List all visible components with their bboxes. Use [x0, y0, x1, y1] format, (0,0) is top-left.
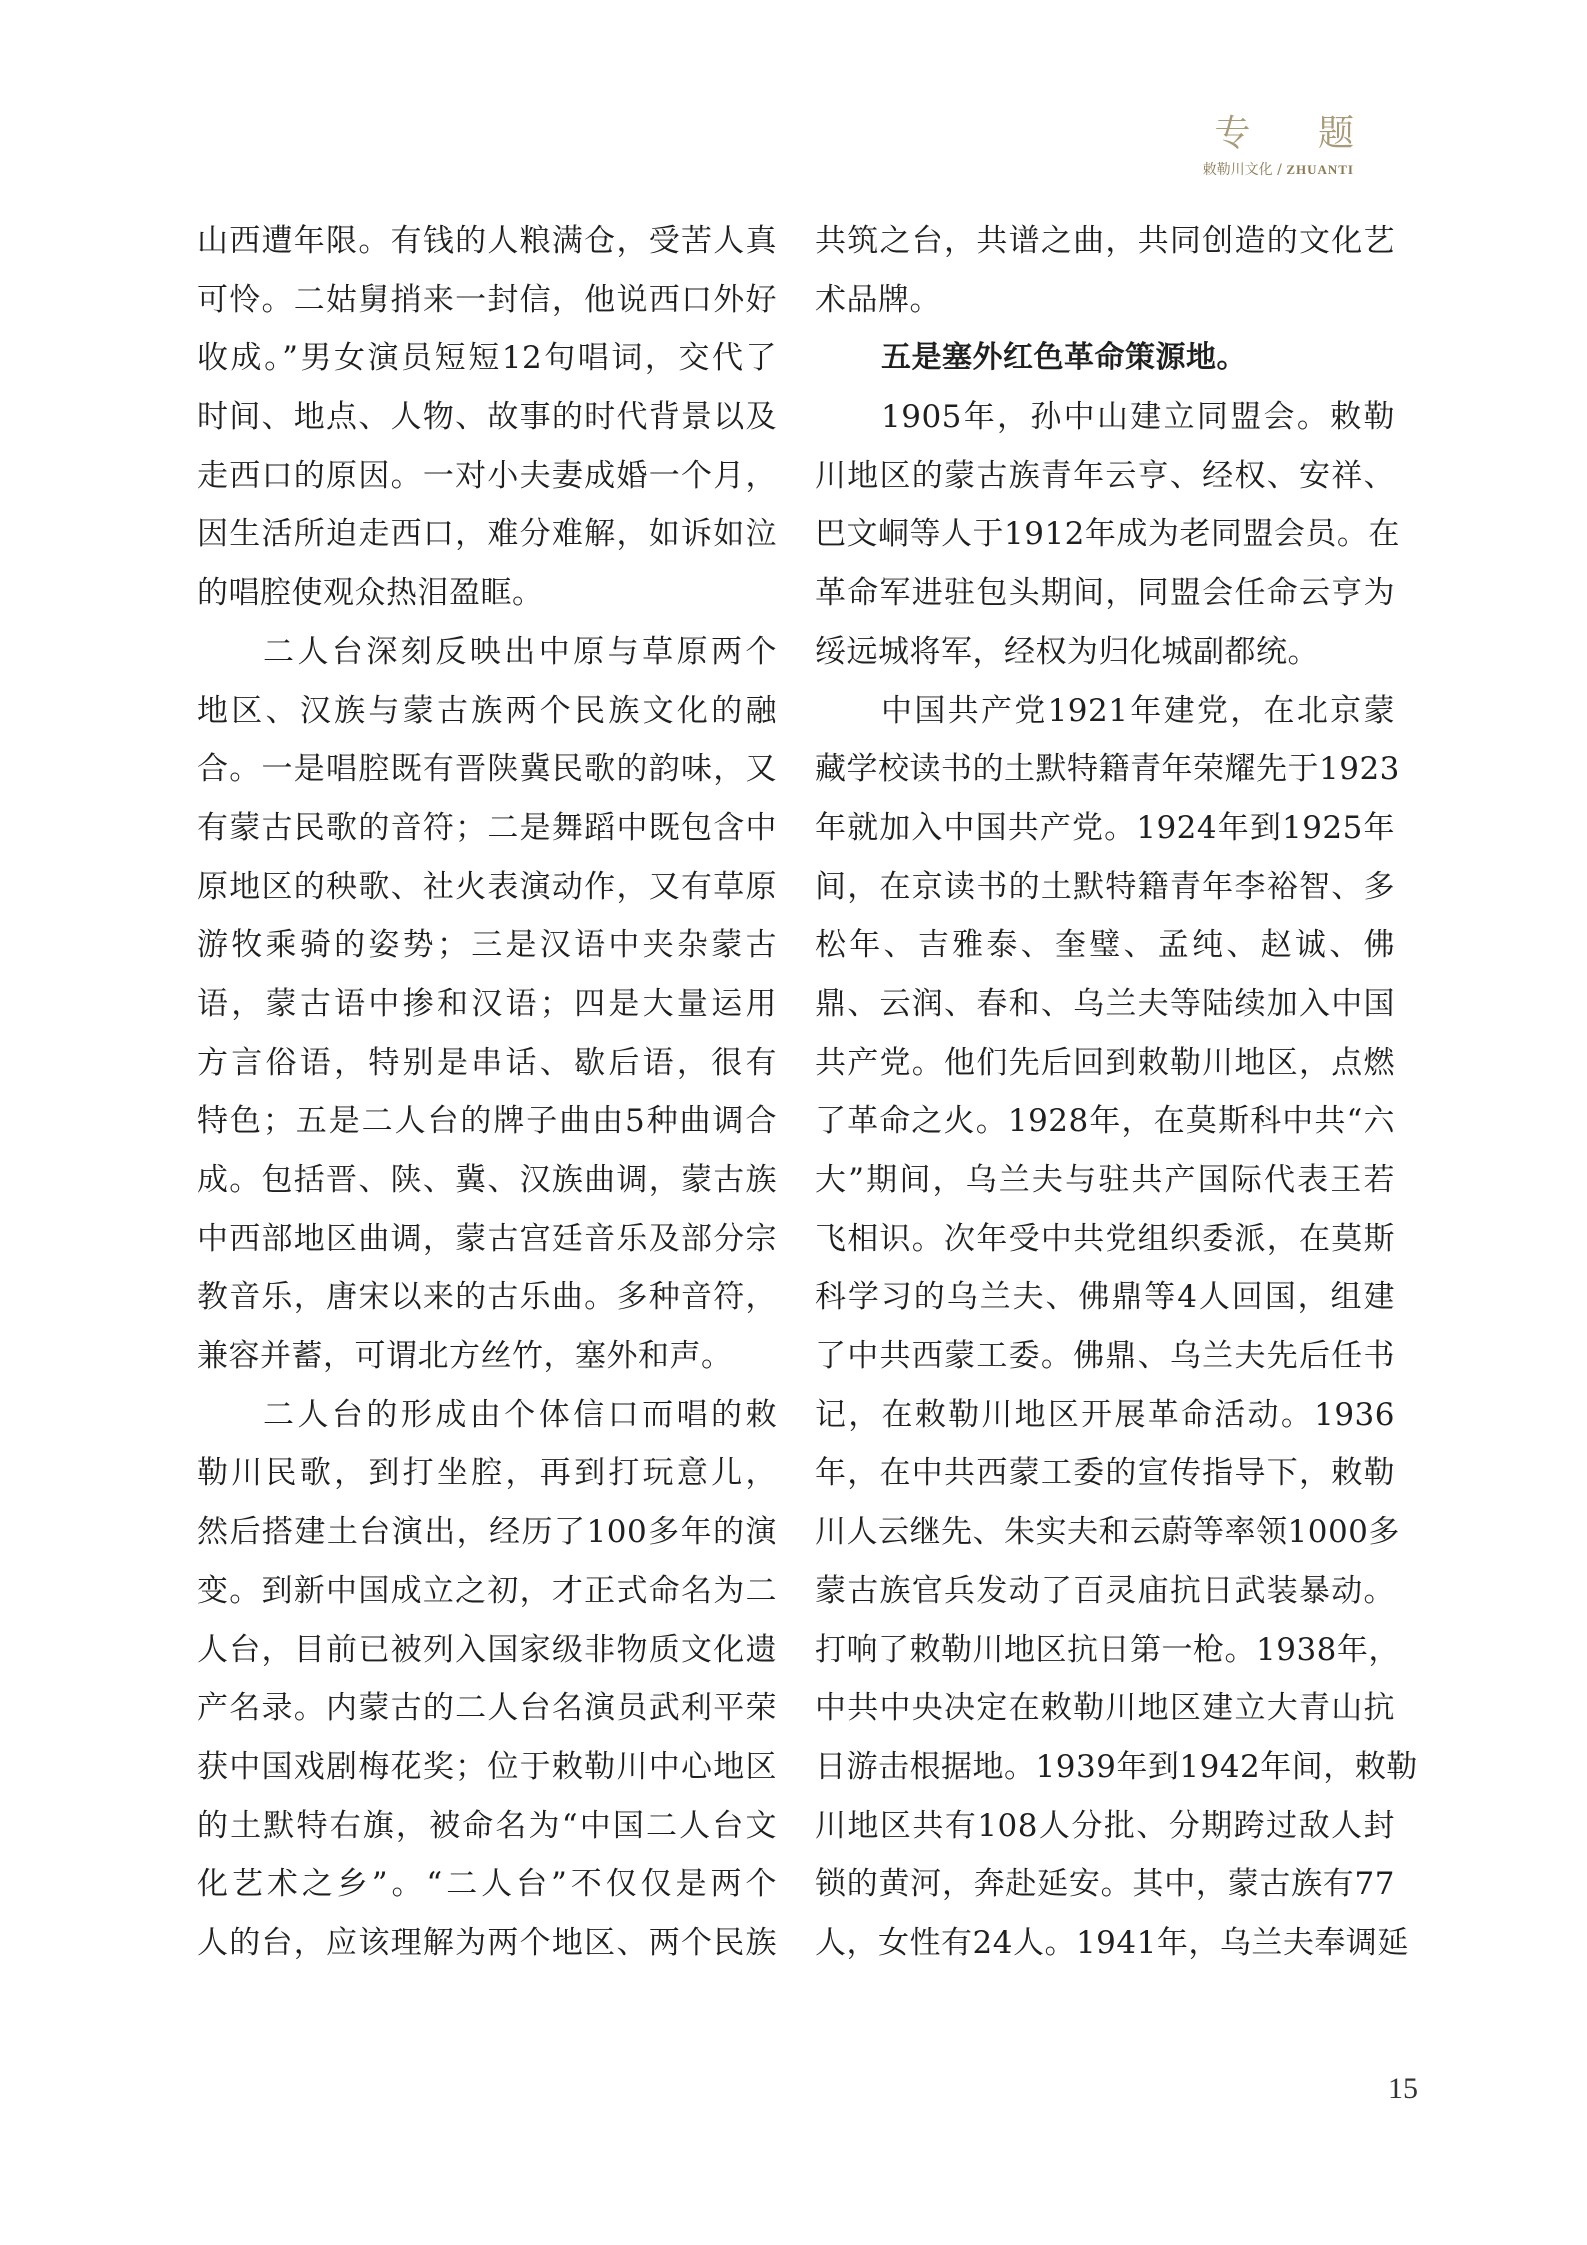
text-line: 打响了敕勒川地区抗日第一枪。1938年，: [815, 1621, 1395, 1680]
text-line: 成。包括晋、陕、冀、汉族曲调，蒙古族: [197, 1151, 777, 1210]
text-line: 勒川民歌，到打坐腔，再到打玩意儿，: [197, 1444, 777, 1503]
text-line: 蒙古族官兵发动了百灵庙抗日武装暴动。: [815, 1562, 1395, 1621]
text-line: 年，在中共西蒙工委的宣传指导下，敕勒: [815, 1444, 1395, 1503]
subtitle-cn: 敕勒川文化: [1203, 162, 1273, 178]
text-line: 革命军进驻包头期间，同盟会任命云亨为: [815, 564, 1395, 623]
text-line: 产名录。内蒙古的二人台名演员武利平荣: [197, 1679, 777, 1738]
right-text-column: 共筑之台，共谱之曲，共同创造的文化艺术品牌。五是塞外红色革命策源地。1905年，…: [815, 212, 1395, 1973]
text-line: 人的台，应该理解为两个地区、两个民族: [197, 1914, 777, 1973]
text-line: 教音乐，唐宋以来的古乐曲。多种音符，: [197, 1268, 777, 1327]
text-line: 间，在京读书的土默特籍青年李裕智、多: [815, 858, 1395, 917]
text-line: 语，蒙古语中掺和汉语；四是大量运用: [197, 975, 777, 1034]
text-line: 人台，目前已被列入国家级非物质文化遗: [197, 1621, 777, 1680]
text-line: 时间、地点、人物、故事的时代背景以及: [197, 388, 777, 447]
text-line: 山西遭年限。有钱的人粮满仓，受苦人真: [197, 212, 777, 271]
text-line: 化艺术之乡”。“二人台”不仅仅是两个: [197, 1855, 777, 1914]
text-line: 飞相识。次年受中共党组织委派，在莫斯: [815, 1210, 1395, 1269]
text-line: 1905年，孙中山建立同盟会。敕勒: [815, 388, 1395, 447]
text-line: 原地区的秧歌、社火表演动作，又有草原: [197, 858, 777, 917]
text-line: 川地区共有108人分批、分期跨过敌人封: [815, 1797, 1395, 1856]
text-line: 然后搭建土台演出，经历了100多年的演: [197, 1503, 777, 1562]
text-line: 可怜。二姑舅捎来一封信，他说西口外好: [197, 271, 777, 330]
text-line: 术品牌。: [815, 271, 1395, 330]
text-line: 兼容并蓄，可谓北方丝竹，塞外和声。: [197, 1327, 777, 1386]
section-header: 专 题 敕勒川文化 / ZHUANTI: [1203, 112, 1354, 180]
section-title: 专 题: [1203, 112, 1382, 156]
text-line: 中共中央决定在敕勒川地区建立大青山抗: [815, 1679, 1395, 1738]
text-line: 变。到新中国成立之初，才正式命名为二: [197, 1562, 777, 1621]
text-line: 科学习的乌兰夫、佛鼎等4人回国，组建: [815, 1268, 1395, 1327]
text-line: 人，女性有24人。1941年，乌兰夫奉调延: [815, 1914, 1395, 1973]
text-line: 大”期间，乌兰夫与驻共产国际代表王若: [815, 1151, 1395, 1210]
text-line: 巴文峒等人于1912年成为老同盟会员。在: [815, 505, 1395, 564]
text-line: 绥远城将军，经权为归化城副都统。: [815, 623, 1395, 682]
text-line: 共产党。他们先后回到敕勒川地区，点燃: [815, 1034, 1395, 1093]
subtitle-en: ZHUANTI: [1286, 162, 1354, 177]
text-line: 方言俗语，特别是串话、歇后语，很有: [197, 1034, 777, 1093]
subtitle-separator: /: [1277, 162, 1282, 178]
text-line: 二人台深刻反映出中原与草原两个: [197, 623, 777, 682]
text-line: 中西部地区曲调，蒙古宫廷音乐及部分宗: [197, 1210, 777, 1269]
text-line: 中国共产党1921年建党，在北京蒙: [815, 682, 1395, 741]
text-line: 走西口的原因。一对小夫妻成婚一个月，: [197, 447, 777, 506]
section-heading: 五是塞外红色革命策源地。: [815, 329, 1395, 388]
text-line: 了中共西蒙工委。佛鼎、乌兰夫先后任书: [815, 1327, 1395, 1386]
text-line: 川人云继先、朱实夫和云蔚等率领1000多: [815, 1503, 1395, 1562]
text-line: 川地区的蒙古族青年云亨、经权、安祥、: [815, 447, 1395, 506]
text-line: 共筑之台，共谱之曲，共同创造的文化艺: [815, 212, 1395, 271]
page-number: 15: [1388, 2072, 1418, 2106]
text-line: 鼎、云润、春和、乌兰夫等陆续加入中国: [815, 975, 1395, 1034]
text-line: 的土默特右旗，被命名为“中国二人台文: [197, 1797, 777, 1856]
text-line: 记，在敕勒川地区开展革命活动。1936: [815, 1386, 1395, 1445]
text-line: 藏学校读书的土默特籍青年荣耀先于1923: [815, 740, 1395, 799]
text-line: 锁的黄河，奔赴延安。其中，蒙古族有77: [815, 1855, 1395, 1914]
text-line: 的唱腔使观众热泪盈眶。: [197, 564, 777, 623]
left-text-column: 山西遭年限。有钱的人粮满仓，受苦人真可怜。二姑舅捎来一封信，他说西口外好收成。”…: [197, 212, 777, 1973]
text-line: 松年、吉雅泰、奎璧、孟纯、赵诚、佛: [815, 916, 1395, 975]
text-line: 二人台的形成由个体信口而唱的敕: [197, 1386, 777, 1445]
text-line: 日游击根据地。1939年到1942年间，敕勒: [815, 1738, 1395, 1797]
text-line: 地区、汉族与蒙古族两个民族文化的融: [197, 682, 777, 741]
text-line: 收成。”男女演员短短12句唱词，交代了: [197, 329, 777, 388]
section-subtitle: 敕勒川文化 / ZHUANTI: [1203, 160, 1354, 180]
text-line: 游牧乘骑的姿势；三是汉语中夹杂蒙古: [197, 916, 777, 975]
text-line: 特色；五是二人台的牌子曲由5种曲调合: [197, 1092, 777, 1151]
text-line: 了革命之火。1928年，在莫斯科中共“六: [815, 1092, 1395, 1151]
text-line: 年就加入中国共产党。1924年到1925年: [815, 799, 1395, 858]
text-line: 因生活所迫走西口，难分难解，如诉如泣: [197, 505, 777, 564]
text-line: 有蒙古民歌的音符；二是舞蹈中既包含中: [197, 799, 777, 858]
text-line: 获中国戏剧梅花奖；位于敕勒川中心地区: [197, 1738, 777, 1797]
text-line: 合。一是唱腔既有晋陕冀民歌的韵味，又: [197, 740, 777, 799]
